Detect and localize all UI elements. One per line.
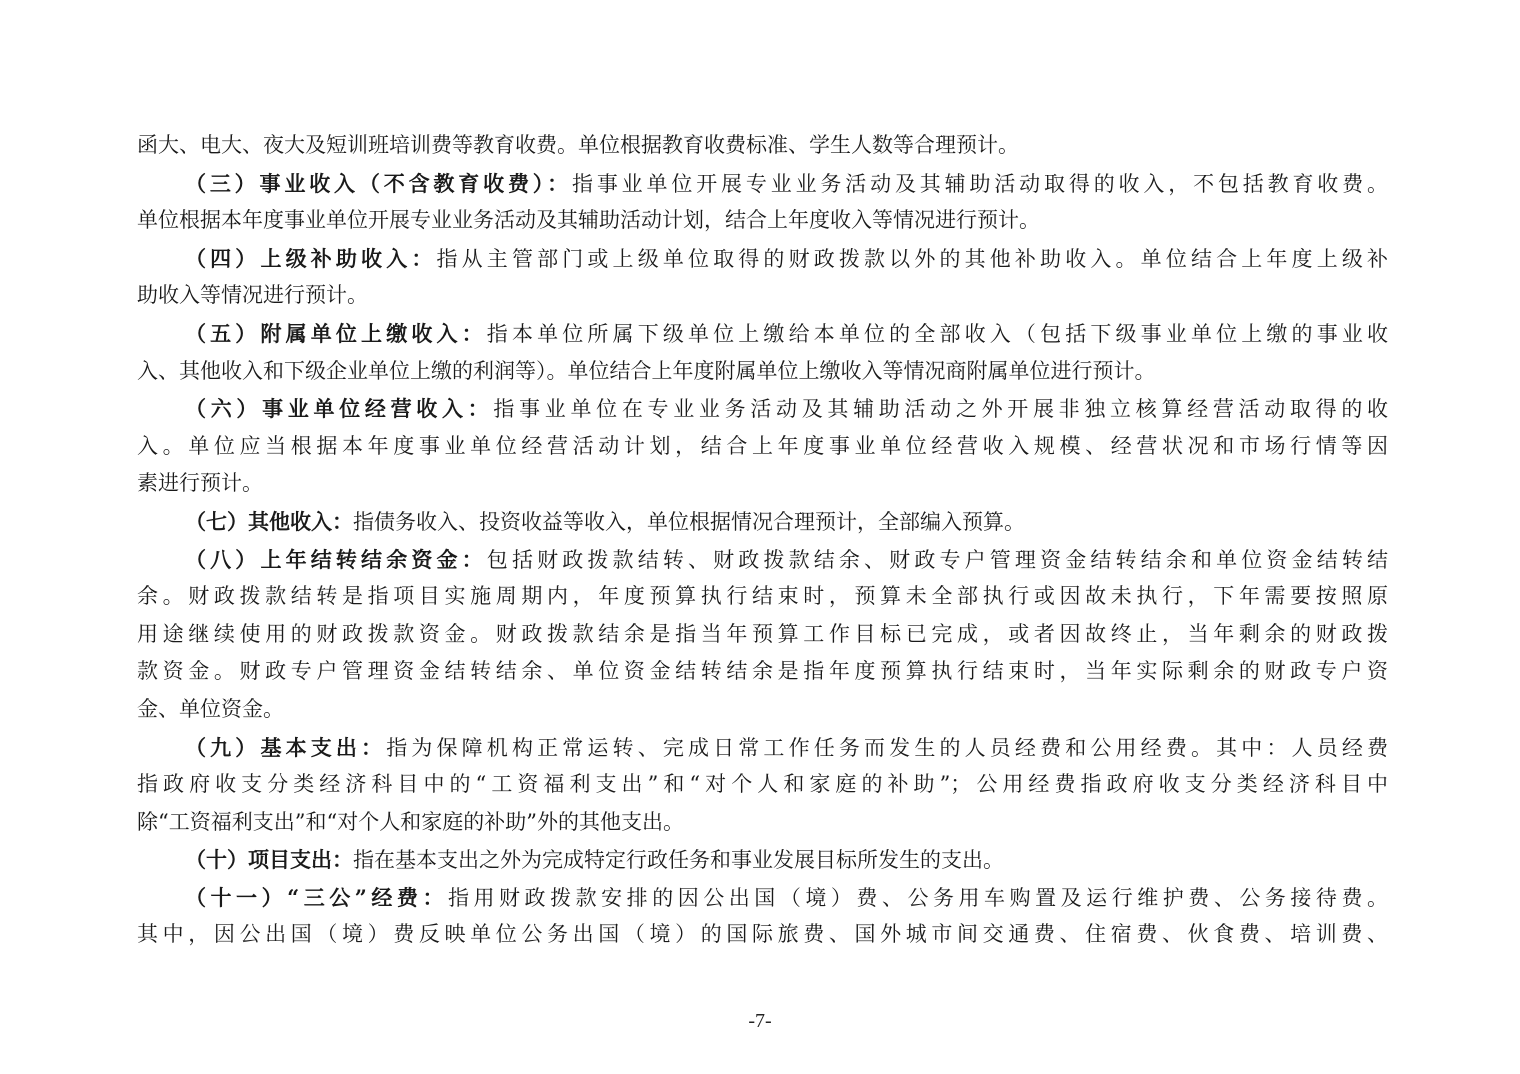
line-text: 函大、电大、夜大及短训班培训费等教育收费。单位根据教育收费标准、学生人数等合理预… xyxy=(137,133,1019,157)
line-text: 指事业单位在专业业务活动及其辅助活动之外开展非独立核算经营活动取得的收 xyxy=(493,397,1388,421)
text-line: 用途继续使用的财政拨款资金。财政拨款结余是指当年预算工作目标已完成，或者因故终止… xyxy=(137,616,1388,654)
line-text: 其中，因公出国（境）费反映单位公务出国（境）的国际旅费、国外城市间交通费、住宿费… xyxy=(137,922,1388,946)
section-term: （四）上级补助收入： xyxy=(185,246,437,271)
section-term: （五）附属单位上缴收入： xyxy=(185,321,487,346)
document-page: 函大、电大、夜大及短训班培训费等教育收费。单位根据教育收费标准、学生人数等合理预… xyxy=(137,127,1388,954)
line-text: 指为保障机构正常运转、完成日常工作任务而发生的人员经费和公用经费。其中：人员经费 xyxy=(386,736,1388,760)
line-text: 入、其他收入和下级企业单位上缴的利润等）。单位结合上年度附属单位上缴收入等情况商… xyxy=(137,359,1156,383)
line-text: 指事业单位开展专业业务活动及其辅助活动取得的收入，不包括教育收费。 xyxy=(572,172,1388,196)
line-text: 指政府收支分类经济科目中的“工资福利支出”和“对个人和家庭的补助”；公用经费指政… xyxy=(137,772,1388,796)
line-text: 包括财政拨款结转、财政拨款结余、财政专户管理资金结转结余和单位资金结转结 xyxy=(487,548,1388,572)
line-text: 指用财政拨款安排的因公出国（境）费、公务用车购置及运行维护费、公务接待费。 xyxy=(448,886,1388,910)
section-term: （十一）“三公”经费： xyxy=(185,885,448,910)
section-heading-line: （三）事业收入（不含教育收费）：指事业单位开展专业业务活动及其辅助活动取得的收入… xyxy=(137,165,1388,203)
line-text: 指债务收入、投资收益等收入，单位根据情况合理预计，全部编入预算。 xyxy=(353,510,1025,534)
line-text: 款资金。财政专户管理资金结转结余、单位资金结转结余是指年度预算执行结束时，当年实… xyxy=(137,659,1388,683)
text-line: 款资金。财政专户管理资金结转结余、单位资金结转结余是指年度预算执行结束时，当年实… xyxy=(137,653,1388,691)
line-text: 用途继续使用的财政拨款资金。财政拨款结余是指当年预算工作目标已完成，或者因故终止… xyxy=(137,622,1388,646)
text-line: 余。财政拨款结转是指项目实施周期内，年度预算执行结束时，预算未全部执行或因故未执… xyxy=(137,578,1388,616)
section-heading-line: （八）上年结转结余资金：包括财政拨款结转、财政拨款结余、财政专户管理资金结转结余… xyxy=(137,541,1388,579)
line-text: 单位根据本年度事业单位开展专业业务活动及其辅助活动计划，结合上年度收入等情况进行… xyxy=(137,208,1040,232)
text-line: 指政府收支分类经济科目中的“工资福利支出”和“对个人和家庭的补助”；公用经费指政… xyxy=(137,766,1388,804)
text-line: 入。单位应当根据本年度事业单位经营活动计划，结合上年度事业单位经营收入规模、经营… xyxy=(137,428,1388,466)
text-line: 素进行预计。 xyxy=(137,465,1388,503)
line-text: 指本单位所属下级单位上缴给本单位的全部收入（包括下级事业单位上缴的事业收 xyxy=(487,322,1388,346)
section-term: （十）项目支出： xyxy=(185,847,353,872)
section-heading-line: （九）基本支出：指为保障机构正常运转、完成日常工作任务而发生的人员经费和公用经费… xyxy=(137,729,1388,767)
text-line: 除“工资福利支出”和“对个人和家庭的补助”外的其他支出。 xyxy=(137,804,1388,842)
section-heading-line: （六）事业单位经营收入：指事业单位在专业业务活动及其辅助活动之外开展非独立核算经… xyxy=(137,390,1388,428)
line-text: 入。单位应当根据本年度事业单位经营活动计划，结合上年度事业单位经营收入规模、经营… xyxy=(137,434,1388,458)
line-text: 余。财政拨款结转是指项目实施周期内，年度预算执行结束时，预算未全部执行或因故未执… xyxy=(137,584,1388,608)
line-text: 指在基本支出之外为完成特定行政任务和事业发展目标所发生的支出。 xyxy=(353,848,1004,872)
line-text: 素进行预计。 xyxy=(137,471,263,495)
section-heading-line: （七）其他收入：指债务收入、投资收益等收入，单位根据情况合理预计，全部编入预算。 xyxy=(137,503,1388,541)
page-number: -7- xyxy=(0,1010,1520,1033)
text-line: 入、其他收入和下级企业单位上缴的利润等）。单位结合上年度附属单位上缴收入等情况商… xyxy=(137,353,1388,391)
section-term: （七）其他收入： xyxy=(185,509,353,534)
section-term: （九）基本支出： xyxy=(185,735,386,760)
text-line: 单位根据本年度事业单位开展专业业务活动及其辅助活动计划，结合上年度收入等情况进行… xyxy=(137,202,1388,240)
section-heading-line: （五）附属单位上缴收入：指本单位所属下级单位上缴给本单位的全部收入（包括下级事业… xyxy=(137,315,1388,353)
text-line: 助收入等情况进行预计。 xyxy=(137,277,1388,315)
text-line: 其中，因公出国（境）费反映单位公务出国（境）的国际旅费、国外城市间交通费、住宿费… xyxy=(137,916,1388,954)
section-term: （八）上年结转结余资金： xyxy=(185,547,487,572)
line-text: 除“工资福利支出”和“对个人和家庭的补助”外的其他支出。 xyxy=(137,810,684,834)
section-heading-line: （十一）“三公”经费：指用财政拨款安排的因公出国（境）费、公务用车购置及运行维护… xyxy=(137,879,1388,917)
section-heading-line: （四）上级补助收入：指从主管部门或上级单位取得的财政拨款以外的其他补助收入。单位… xyxy=(137,240,1388,278)
line-text: 金、单位资金。 xyxy=(137,697,284,721)
line-text: 助收入等情况进行预计。 xyxy=(137,283,368,307)
section-term: （六）事业单位经营收入： xyxy=(185,396,493,421)
section-heading-line: （十）项目支出：指在基本支出之外为完成特定行政任务和事业发展目标所发生的支出。 xyxy=(137,841,1388,879)
text-line: 金、单位资金。 xyxy=(137,691,1388,729)
text-line: 函大、电大、夜大及短训班培训费等教育收费。单位根据教育收费标准、学生人数等合理预… xyxy=(137,127,1388,165)
section-term: （三）事业收入（不含教育收费）： xyxy=(185,171,572,196)
line-text: 指从主管部门或上级单位取得的财政拨款以外的其他补助收入。单位结合上年度上级补 xyxy=(437,247,1389,271)
